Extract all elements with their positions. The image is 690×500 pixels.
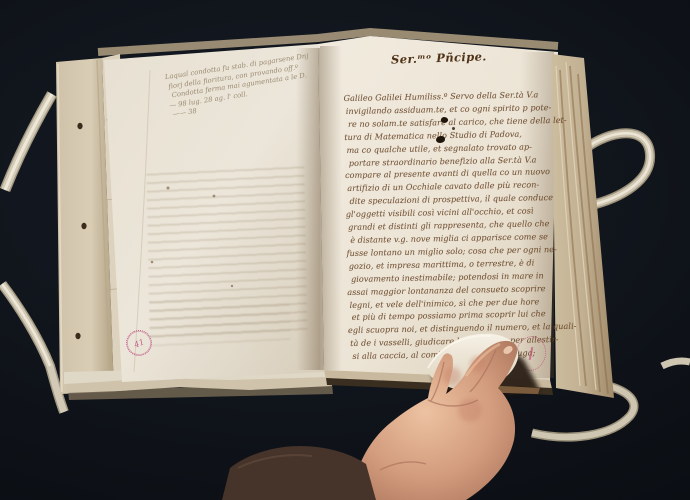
scene-foreground <box>0 0 690 500</box>
hand <box>222 341 517 500</box>
photograph-manuscript-book: Laqual condotta fu stab. di pagarsene Dn… <box>0 0 690 500</box>
sleeve-cuff <box>222 446 376 500</box>
